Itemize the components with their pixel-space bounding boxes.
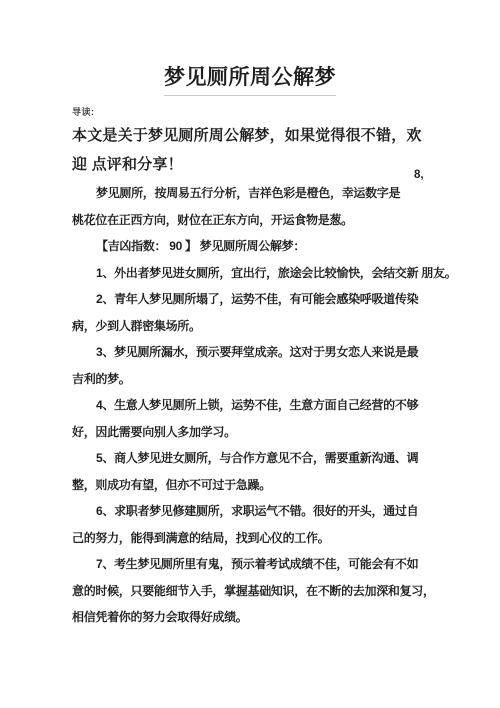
body-line: 相信凭着你的努力会取得好成绩。 xyxy=(72,604,452,631)
body-line: 5、商人梦见进女厕所，与合作方意见不合，需要重新沟通、调 xyxy=(72,445,452,472)
body-paragraphs: 梦见厕所，按周易五行分析，吉祥色彩是橙色，幸运数字是桃花位在正西方向，财位在正东… xyxy=(72,180,452,631)
body-line: 1、外出者梦见进女厕所，宜出行，旅途会比较愉快，会结交新 朋友。 xyxy=(72,260,452,287)
body-line: 3、梦见厕所漏水，预示要拜堂成亲。这对于男女恋人来说是最 xyxy=(72,339,452,366)
intro-line: 本文是关于梦见厕所周公解梦，如果觉得很不错，欢 xyxy=(72,121,452,150)
body-line: 好，因此需要向别人多加学习。 xyxy=(72,419,452,446)
body-line: 病，少到人群密集场所。 xyxy=(72,313,452,340)
body-line: 6、求职者梦见修建厕所，求职运气不错。很好的开头，通过自 xyxy=(72,498,452,525)
document-title-text: 梦见厕所周公解梦 xyxy=(164,63,336,96)
body-line: 梦见厕所，按周易五行分析，吉祥色彩是橙色，幸运数字是 xyxy=(72,180,452,207)
body-line: 意的时候，只要能细节入手，掌握基础知识，在不断的去加深和复习， xyxy=(72,578,452,605)
body-line: 整，则成功有望，但亦不可过于急躁。 xyxy=(72,472,452,499)
body-line: 2、青年人梦见厕所塌了，运势不佳，有可能会感染呼吸道传染 xyxy=(72,286,452,313)
body-line: 【吉凶指数： 90 】 梦见厕所周公解梦： xyxy=(72,233,452,260)
body-line: 己的努力，能得到满意的结局，找到心仪的工作。 xyxy=(72,525,452,552)
body-line: 4、生意人梦见厕所上锁，运势不佳，生意方面自己经营的不够 xyxy=(72,392,452,419)
intro-line: 迎 点评和分享！ xyxy=(72,150,452,179)
document-title: 梦见厕所周公解梦 xyxy=(0,63,500,96)
body-line: 7、考生梦见厕所里有鬼，预示着考试成绩不佳，可能会有不如 xyxy=(72,551,452,578)
intro-paragraph: 本文是关于梦见厕所周公解梦，如果觉得很不错，欢 迎 点评和分享！ xyxy=(72,121,452,179)
body-line: 吉利的梦。 xyxy=(72,366,452,393)
lead-label: 导读: xyxy=(72,105,95,118)
document-page: 梦见厕所周公解梦 导读: 本文是关于梦见厕所周公解梦，如果觉得很不错，欢 迎 点… xyxy=(0,0,500,708)
body-line: 桃花位在正西方向，财位在正东方向，开运食物是葱。 xyxy=(72,207,452,234)
